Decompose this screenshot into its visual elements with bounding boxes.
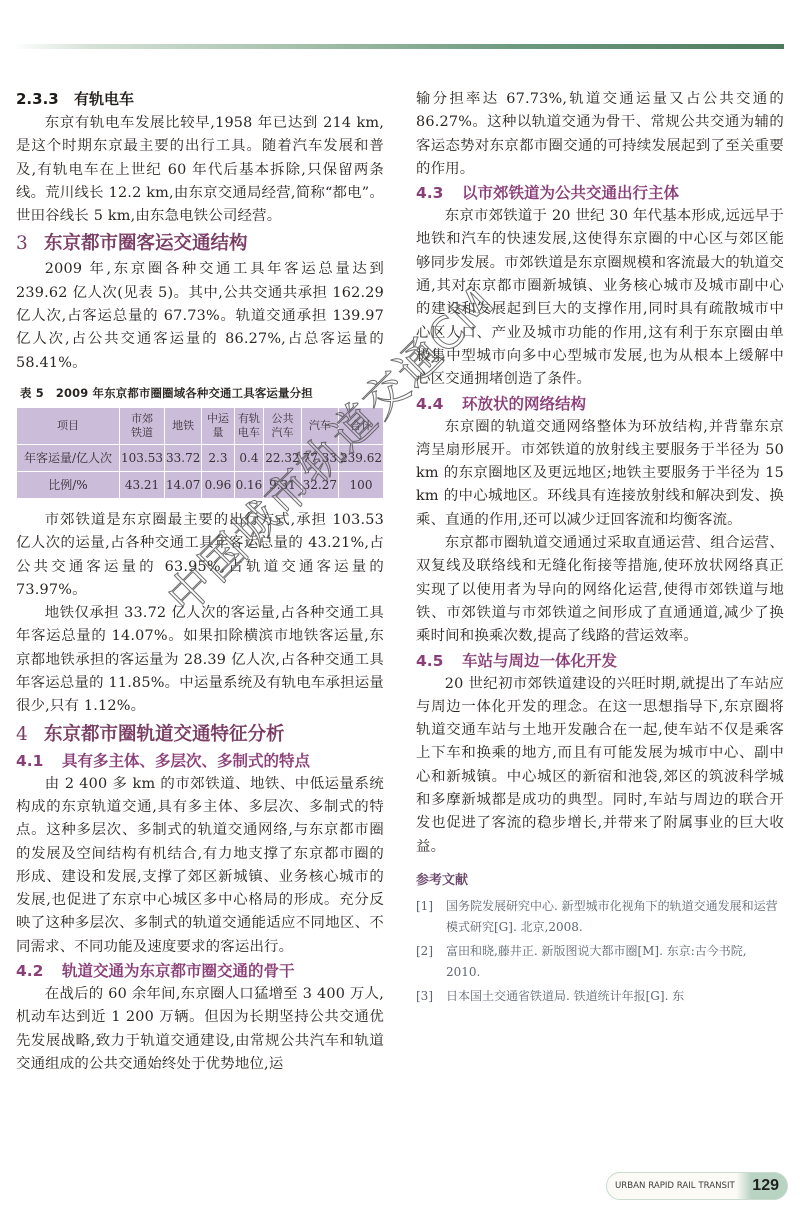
table-title: 2009 年东京都市圈圈域各种交通工具客运量分担 bbox=[56, 386, 313, 400]
section-4-heading: 4东京都市圈轨道交通特征分析 bbox=[16, 721, 384, 749]
table-header-cell: 有轨电车 bbox=[234, 407, 264, 444]
table-cell: 43.21 bbox=[120, 471, 165, 498]
table-cell: 0.16 bbox=[234, 471, 264, 498]
table-cell: 比例/% bbox=[17, 471, 120, 498]
paragraph: 东京圈的轨道交通网络整体为环放结构,并背靠东京湾呈扇形展开。市郊铁道的放射线主要… bbox=[416, 416, 784, 532]
table-cell: 239.62 bbox=[339, 444, 384, 471]
table-cell: 22.32 bbox=[264, 444, 301, 471]
header-rule bbox=[12, 44, 784, 49]
section-title: 东京都市圈轨道交通特征分析 bbox=[44, 724, 285, 745]
section-2-3-3-heading: 2.3.3有轨电车 bbox=[16, 88, 384, 110]
table-header-cell: 公共汽车 bbox=[264, 407, 301, 444]
section-number: 4.2 bbox=[16, 959, 62, 983]
reference-text: 日本国土交通省铁道局. 铁道统计年报[G]. 东 bbox=[446, 989, 684, 1003]
paragraph: 在战后的 60 余年间,东京圈人口猛增至 3 400 万人,机动车达到近 1 2… bbox=[16, 983, 384, 1076]
reference-text: 富田和晓,藤井正. 新版图说大都市圈[M]. 东京:古今书院, 2010. bbox=[446, 944, 747, 979]
reference-index: [3] bbox=[416, 986, 446, 1007]
section-title: 具有多主体、多层次、多制式的特点 bbox=[62, 752, 310, 770]
section-4-5-heading: 4.5车站与周边一体化开发 bbox=[416, 649, 784, 673]
table-header-cell: 地铁 bbox=[165, 407, 202, 444]
section-4-3-heading: 4.3以市郊铁道为公共交通出行主体 bbox=[416, 181, 784, 205]
table-cell: 0.4 bbox=[234, 444, 264, 471]
paragraph: 由 2 400 多 km 的市郊铁道、地铁、中低运量系统构成的东京轨道交通,具有… bbox=[16, 773, 384, 959]
paragraph-continued: 输分担率达 67.73%,轨道交通运量又占公共交通的 86.27%。这种以轨道交… bbox=[416, 88, 784, 181]
table-cell: 9.31 bbox=[264, 471, 301, 498]
paragraph: 20 世纪初市郊铁道建设的兴旺时期,就提出了车站应与周边一体化开发的理念。在这一… bbox=[416, 673, 784, 859]
section-number: 2.3.3 bbox=[16, 88, 74, 110]
section-4-2-heading: 4.2轨道交通为东京都市圈交通的骨干 bbox=[16, 959, 384, 983]
table-cell: 32.27 bbox=[301, 471, 338, 498]
reference-item: [1]国务院发展研究中心. 新型城市化视角下的轨道交通发展和运营模式研究[G].… bbox=[416, 896, 784, 938]
table-cell: 77.33 bbox=[301, 444, 338, 471]
table-cell: 2.3 bbox=[202, 444, 234, 471]
journal-name: URBAN RAPID RAIL TRANSIT bbox=[615, 1181, 735, 1191]
reference-item: [2]富田和晓,藤井正. 新版图说大都市圈[M]. 东京:古今书院, 2010. bbox=[416, 941, 784, 983]
table-cell: 100 bbox=[339, 471, 384, 498]
right-column: 输分担率达 67.73%,轨道交通运量又占公共交通的 86.27%。这种以轨道交… bbox=[416, 88, 784, 1010]
section-4-4-heading: 4.4环放状的网络结构 bbox=[416, 392, 784, 416]
section-number: 4.4 bbox=[416, 392, 462, 416]
references-heading: 参考文献 bbox=[416, 869, 784, 888]
table-cell: 14.07 bbox=[165, 471, 202, 498]
table-header-cell: 市郊铁道 bbox=[120, 407, 165, 444]
paragraph: 东京都市圈轨道交通通过采取直通运营、组合运营、双复线及联络线和无缝化衔接等措施,… bbox=[416, 532, 784, 648]
table-cell: 33.72 bbox=[165, 444, 202, 471]
table-cell: 0.96 bbox=[202, 471, 234, 498]
table-header-row: 项目 市郊铁道 地铁 中运量 有轨电车 公共汽车 汽车 合计 bbox=[17, 407, 384, 444]
paragraph: 东京市郊铁道于 20 世纪 30 年代基本形成,远远早于地铁和汽车的快速发展,这… bbox=[416, 205, 784, 391]
section-number: 4.1 bbox=[16, 749, 62, 773]
section-title: 环放状的网络结构 bbox=[462, 395, 586, 413]
paragraph: 东京有轨电车发展比较早,1958 年已达到 214 km,是这个时期东京最主要的… bbox=[16, 112, 384, 228]
table-row: 比例/% 43.21 14.07 0.96 0.16 9.31 32.27 10… bbox=[17, 471, 384, 498]
table-header-cell: 汽车 bbox=[301, 407, 338, 444]
section-title: 车站与周边一体化开发 bbox=[462, 652, 617, 670]
section-number: 4.3 bbox=[416, 181, 462, 205]
paragraph: 市郊铁道是东京圈最主要的出行方式,承担 103.53 亿人次的运量,占各种交通工… bbox=[16, 509, 384, 602]
table-row: 年客运量/亿人次 103.53 33.72 2.3 0.4 22.32 77.3… bbox=[17, 444, 384, 471]
reference-index: [1] bbox=[416, 896, 446, 917]
left-column: 2.3.3有轨电车 东京有轨电车发展比较早,1958 年已达到 214 km,是… bbox=[16, 88, 384, 1076]
reference-index: [2] bbox=[416, 941, 446, 962]
table-cell: 103.53 bbox=[120, 444, 165, 471]
section-number: 4 bbox=[16, 721, 44, 749]
table-cell: 年客运量/亿人次 bbox=[17, 444, 120, 471]
paragraph: 2009 年,东京圈各种交通工具年客运总量达到 239.62 亿人次(见表 5)… bbox=[16, 258, 384, 374]
section-number: 4.5 bbox=[416, 649, 462, 673]
section-title: 轨道交通为东京都市圈交通的骨干 bbox=[62, 962, 295, 980]
reference-item: [3]日本国土交通省铁道局. 铁道统计年报[G]. 东 bbox=[416, 986, 784, 1007]
table-number: 表 5 bbox=[20, 386, 44, 400]
reference-text: 国务院发展研究中心. 新型城市化视角下的轨道交通发展和运营模式研究[G]. 北京… bbox=[446, 899, 778, 934]
passenger-volume-table: 项目 市郊铁道 地铁 中运量 有轨电车 公共汽车 汽车 合计 年客运量/亿人次 … bbox=[16, 407, 384, 499]
section-3-heading: 3东京都市圈客运交通结构 bbox=[16, 230, 384, 258]
section-title: 有轨电车 bbox=[74, 90, 134, 108]
table-header-cell: 项目 bbox=[17, 407, 120, 444]
table-caption: 表 52009 年东京都市圈圈域各种交通工具客运量分担 bbox=[20, 385, 384, 401]
section-number: 3 bbox=[16, 230, 44, 258]
table-header-cell: 中运量 bbox=[202, 407, 234, 444]
section-4-1-heading: 4.1具有多主体、多层次、多制式的特点 bbox=[16, 749, 384, 773]
footer-journal-badge: URBAN RAPID RAIL TRANSIT 129 bbox=[606, 1172, 788, 1200]
page-number: 129 bbox=[752, 1177, 779, 1195]
table-header-cell: 合计 bbox=[339, 407, 384, 444]
section-title: 以市郊铁道为公共交通出行主体 bbox=[462, 184, 679, 202]
paragraph: 地铁仅承担 33.72 亿人次的客运量,占各种交通工具年客运总量的 14.07%… bbox=[16, 602, 384, 718]
section-title: 东京都市圈客运交通结构 bbox=[44, 233, 248, 254]
